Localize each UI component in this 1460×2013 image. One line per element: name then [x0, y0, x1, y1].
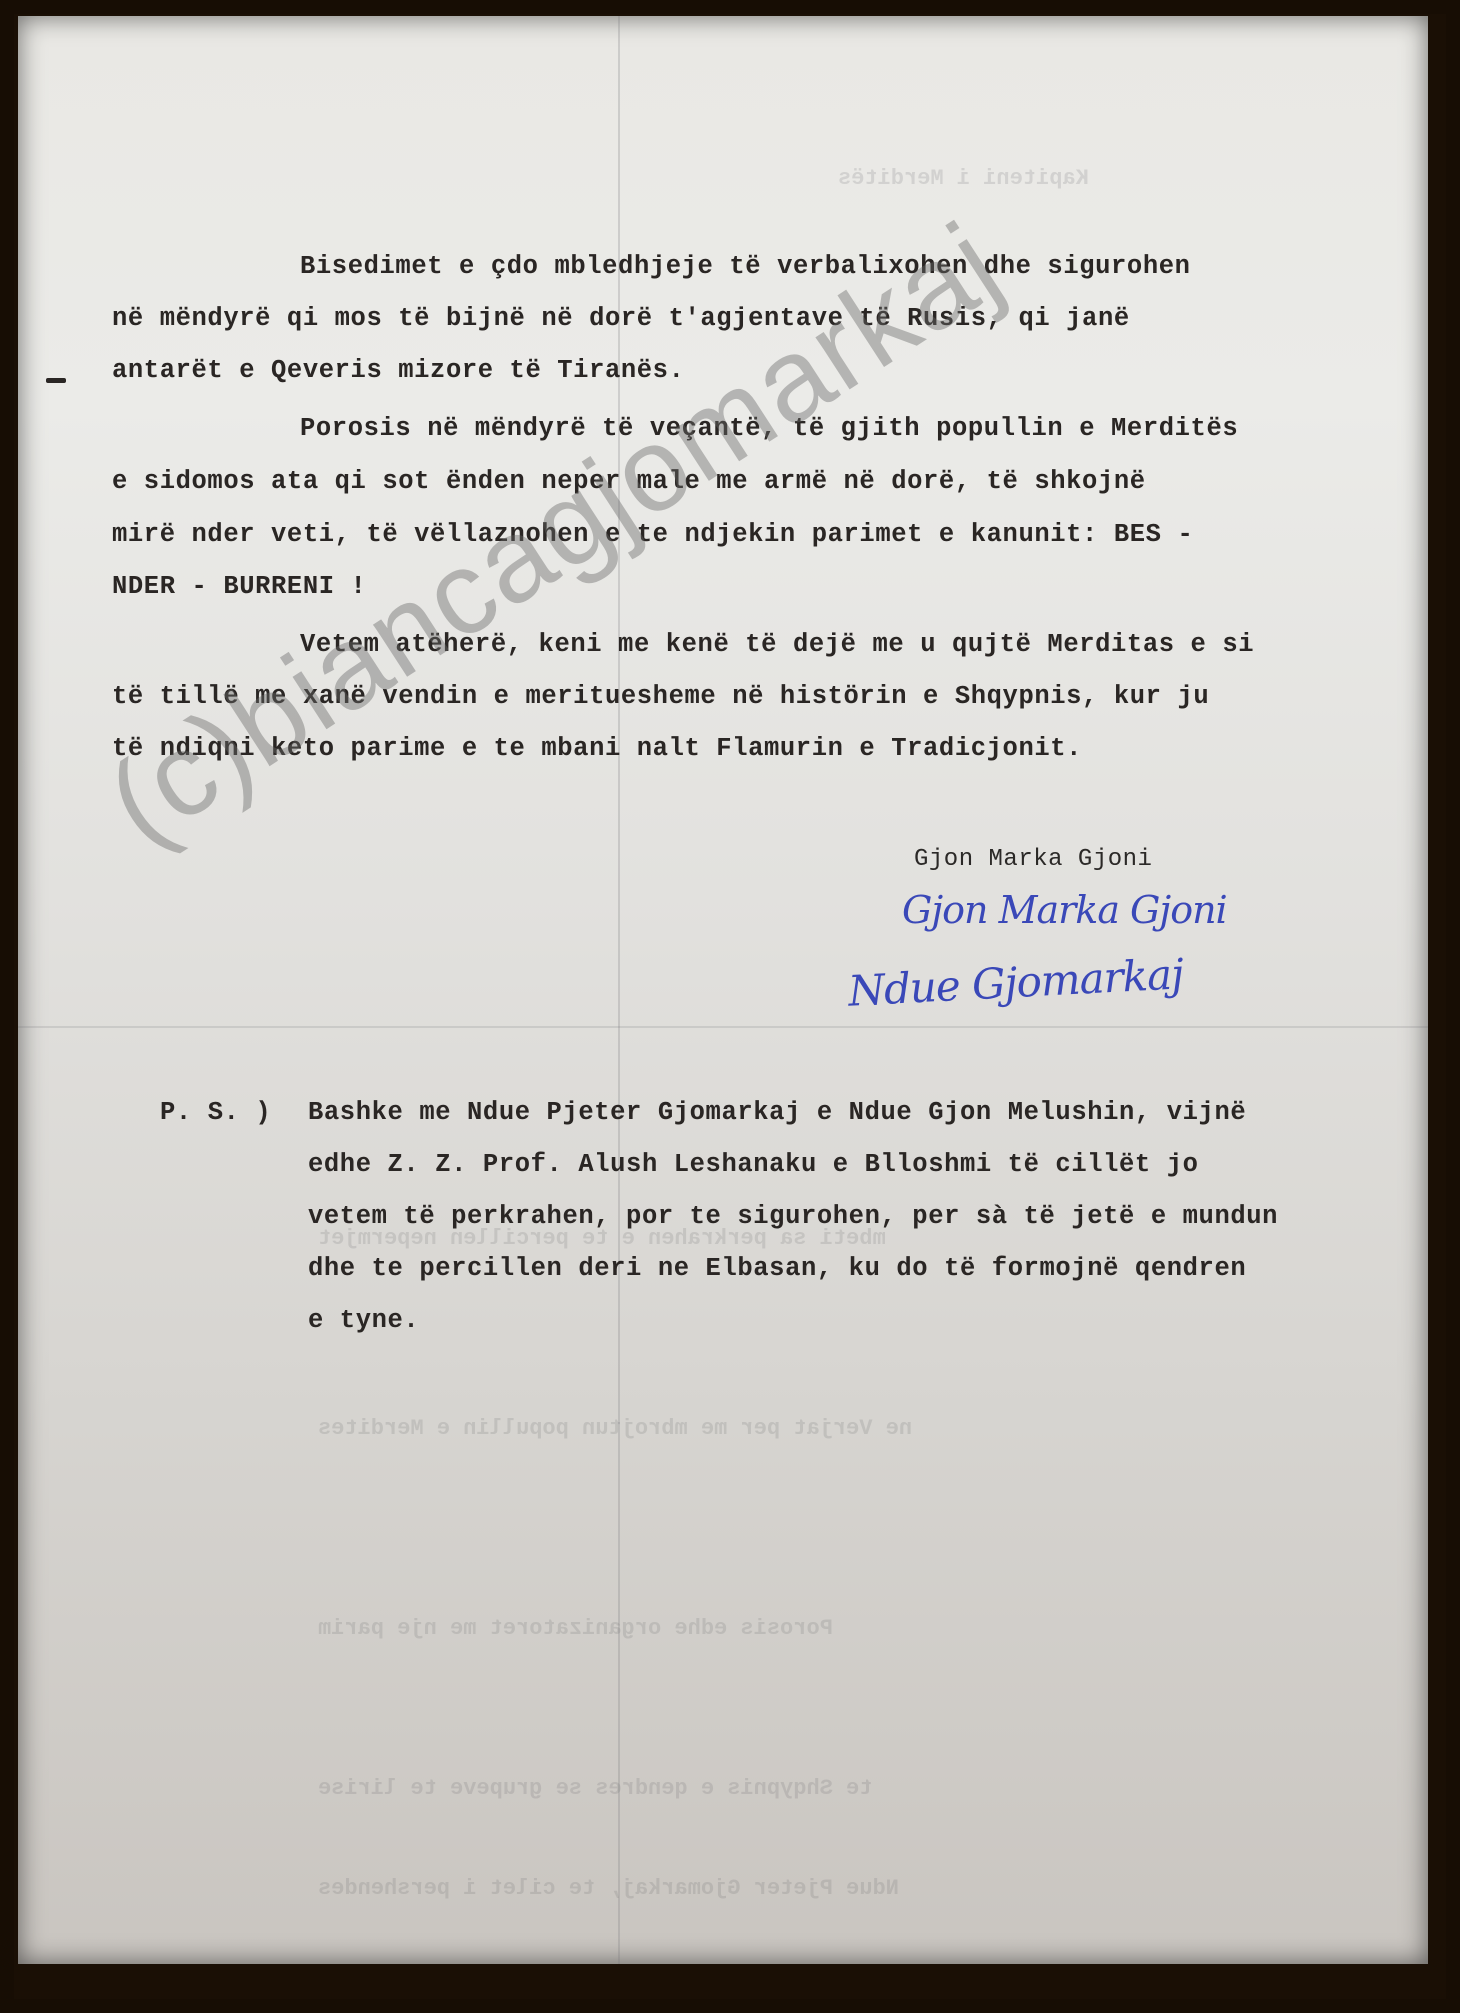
document-page: Kapiteni i Merditës mbeti sa perkrahen e…	[18, 16, 1428, 1964]
bleed-through-text: te Shqypnis e qendres se grupeve te liri…	[318, 1776, 873, 1801]
bleed-through-text: Kapiteni i Merditës	[838, 166, 1089, 191]
postscript-label: P. S. )	[160, 1098, 271, 1127]
horizontal-fold-line	[18, 1026, 1428, 1028]
body-text-line: NDER - BURRENI !	[112, 572, 366, 601]
body-text-line: antarët e Qeveris mizore të Tiranës.	[112, 356, 685, 385]
postscript-line: Bashke me Ndue Pjeter Gjomarkaj e Ndue G…	[308, 1098, 1246, 1127]
bleed-through-text: Ndue Pjeter Gjomarkaj, te cilet i pershe…	[318, 1876, 899, 1901]
postscript-line: dhe te percillen deri ne Elbasan, ku do …	[308, 1254, 1246, 1283]
postscript-line: edhe Z. Z. Prof. Alush Leshanaku e Bllos…	[308, 1150, 1199, 1179]
handwritten-signature: Gjon Marka Gjoni	[902, 888, 1227, 932]
typed-signatory-name: Gjon Marka Gjoni	[914, 846, 1152, 873]
bleed-through-text: Porosis edhe organizatoret me nje parim	[318, 1616, 833, 1641]
postscript-line: e tyne.	[308, 1306, 419, 1335]
handwritten-signature: Ndue Gjomarkaj	[847, 949, 1184, 1015]
body-text-line: Bisedimet e çdo mbledhjeje të verbalixoh…	[300, 252, 1191, 281]
bleed-through-text: ne Verjat per me mbrojtun popullin e Mer…	[318, 1416, 912, 1441]
postscript-line: vetem të perkrahen, por te sigurohen, pe…	[308, 1202, 1278, 1231]
margin-dash-mark	[46, 378, 66, 383]
